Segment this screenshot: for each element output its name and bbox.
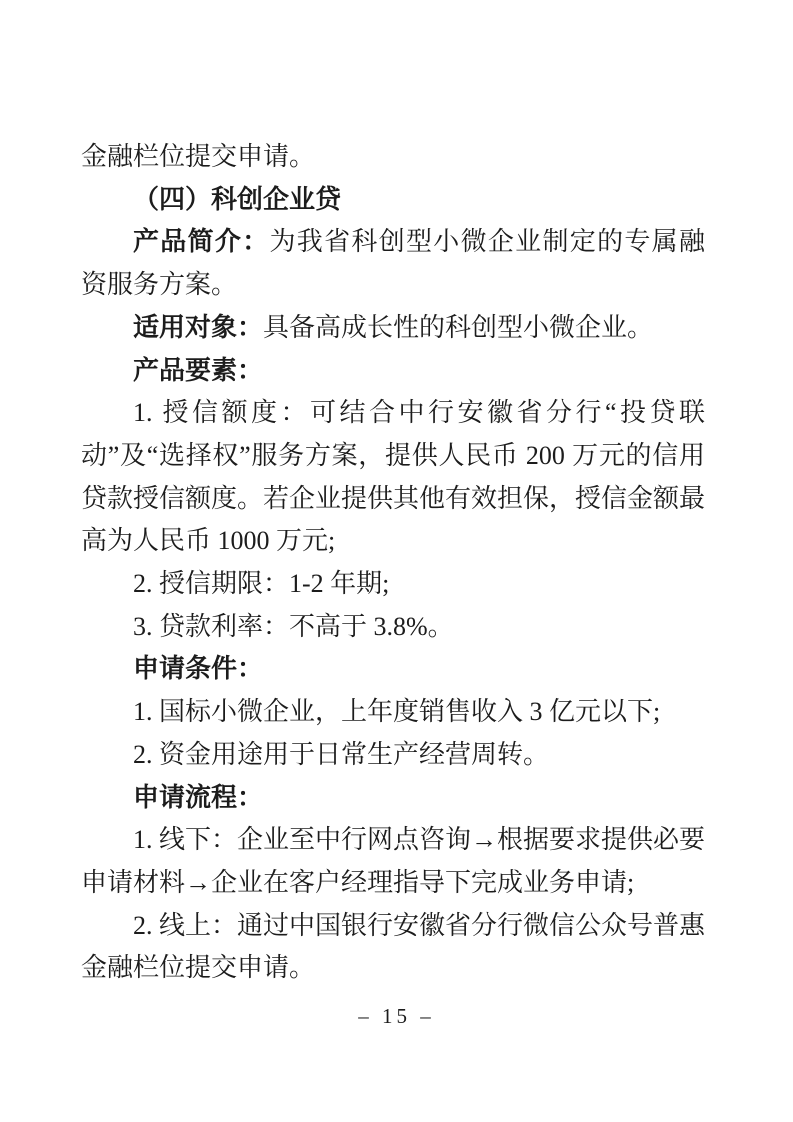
text-run: 2. 线上：通过中国银行安徽省分行微信公众号普惠金融栏位提交申请。 [81,911,705,983]
paragraph: 2. 线上：通过中国银行安徽省分行微信公众号普惠金融栏位提交申请。 [81,905,705,990]
heading-run: 产品要素： [133,356,263,385]
paragraph: 1. 授信额度：可结合中行安徽省分行“投贷联动”及“选择权”服务方案，提供人民币… [81,392,705,563]
paragraph: 申请流程： [81,777,705,820]
heading-run: 申请条件： [133,654,263,683]
paragraph: 金融栏位提交申请。 [81,136,705,179]
paragraph: 1. 线下：企业至中行网点咨询→根据要求提供必要申请材料→企业在客户经理指导下完… [81,819,705,904]
page-number: – 15 – [358,1004,435,1028]
text-run: 3. 贷款利率：不高于 3.8%。 [133,612,454,641]
paragraph: 3. 贷款利率：不高于 3.8%。 [81,606,705,649]
paragraph: 适用对象：具备高成长性的科创型小微企业。 [81,307,705,350]
text-run: 金融栏位提交申请。 [81,142,315,171]
heading-run: （四）科创企业贷 [133,185,341,214]
paragraph: 产品简介：为我省科创型小微企业制定的专属融资服务方案。 [81,221,705,306]
text-run: 2. 资金用途用于日常生产经营周转。 [133,740,549,769]
text-run: 1. 国标小微企业，上年度销售收入 3 亿元以下; [133,697,660,726]
heading-run: 产品简介： [133,227,270,256]
paragraph: 2. 资金用途用于日常生产经营周转。 [81,734,705,777]
text-run: 1. 线下：企业至中行网点咨询→根据要求提供必要申请材料→企业在客户经理指导下完… [81,825,705,897]
document-page: 金融栏位提交申请。（四）科创企业贷产品简介：为我省科创型小微企业制定的专属融资服… [0,0,793,1122]
paragraph: 产品要素： [81,350,705,393]
paragraph: （四）科创企业贷 [81,179,705,222]
paragraph: 2. 授信期限：1-2 年期; [81,563,705,606]
heading-run: 申请流程： [133,783,263,812]
paragraph: 1. 国标小微企业，上年度销售收入 3 亿元以下; [81,691,705,734]
heading-run: 适用对象： [133,313,263,342]
document-body: 金融栏位提交申请。（四）科创企业贷产品简介：为我省科创型小微企业制定的专属融资服… [81,136,705,990]
text-run: 2. 授信期限：1-2 年期; [133,569,389,598]
text-run: 1. 授信额度：可结合中行安徽省分行“投贷联动”及“选择权”服务方案，提供人民币… [81,398,705,555]
paragraph: 申请条件： [81,648,705,691]
text-run: 具备高成长性的科创型小微企业。 [263,313,653,342]
page-footer: – 15 – [0,1004,793,1029]
